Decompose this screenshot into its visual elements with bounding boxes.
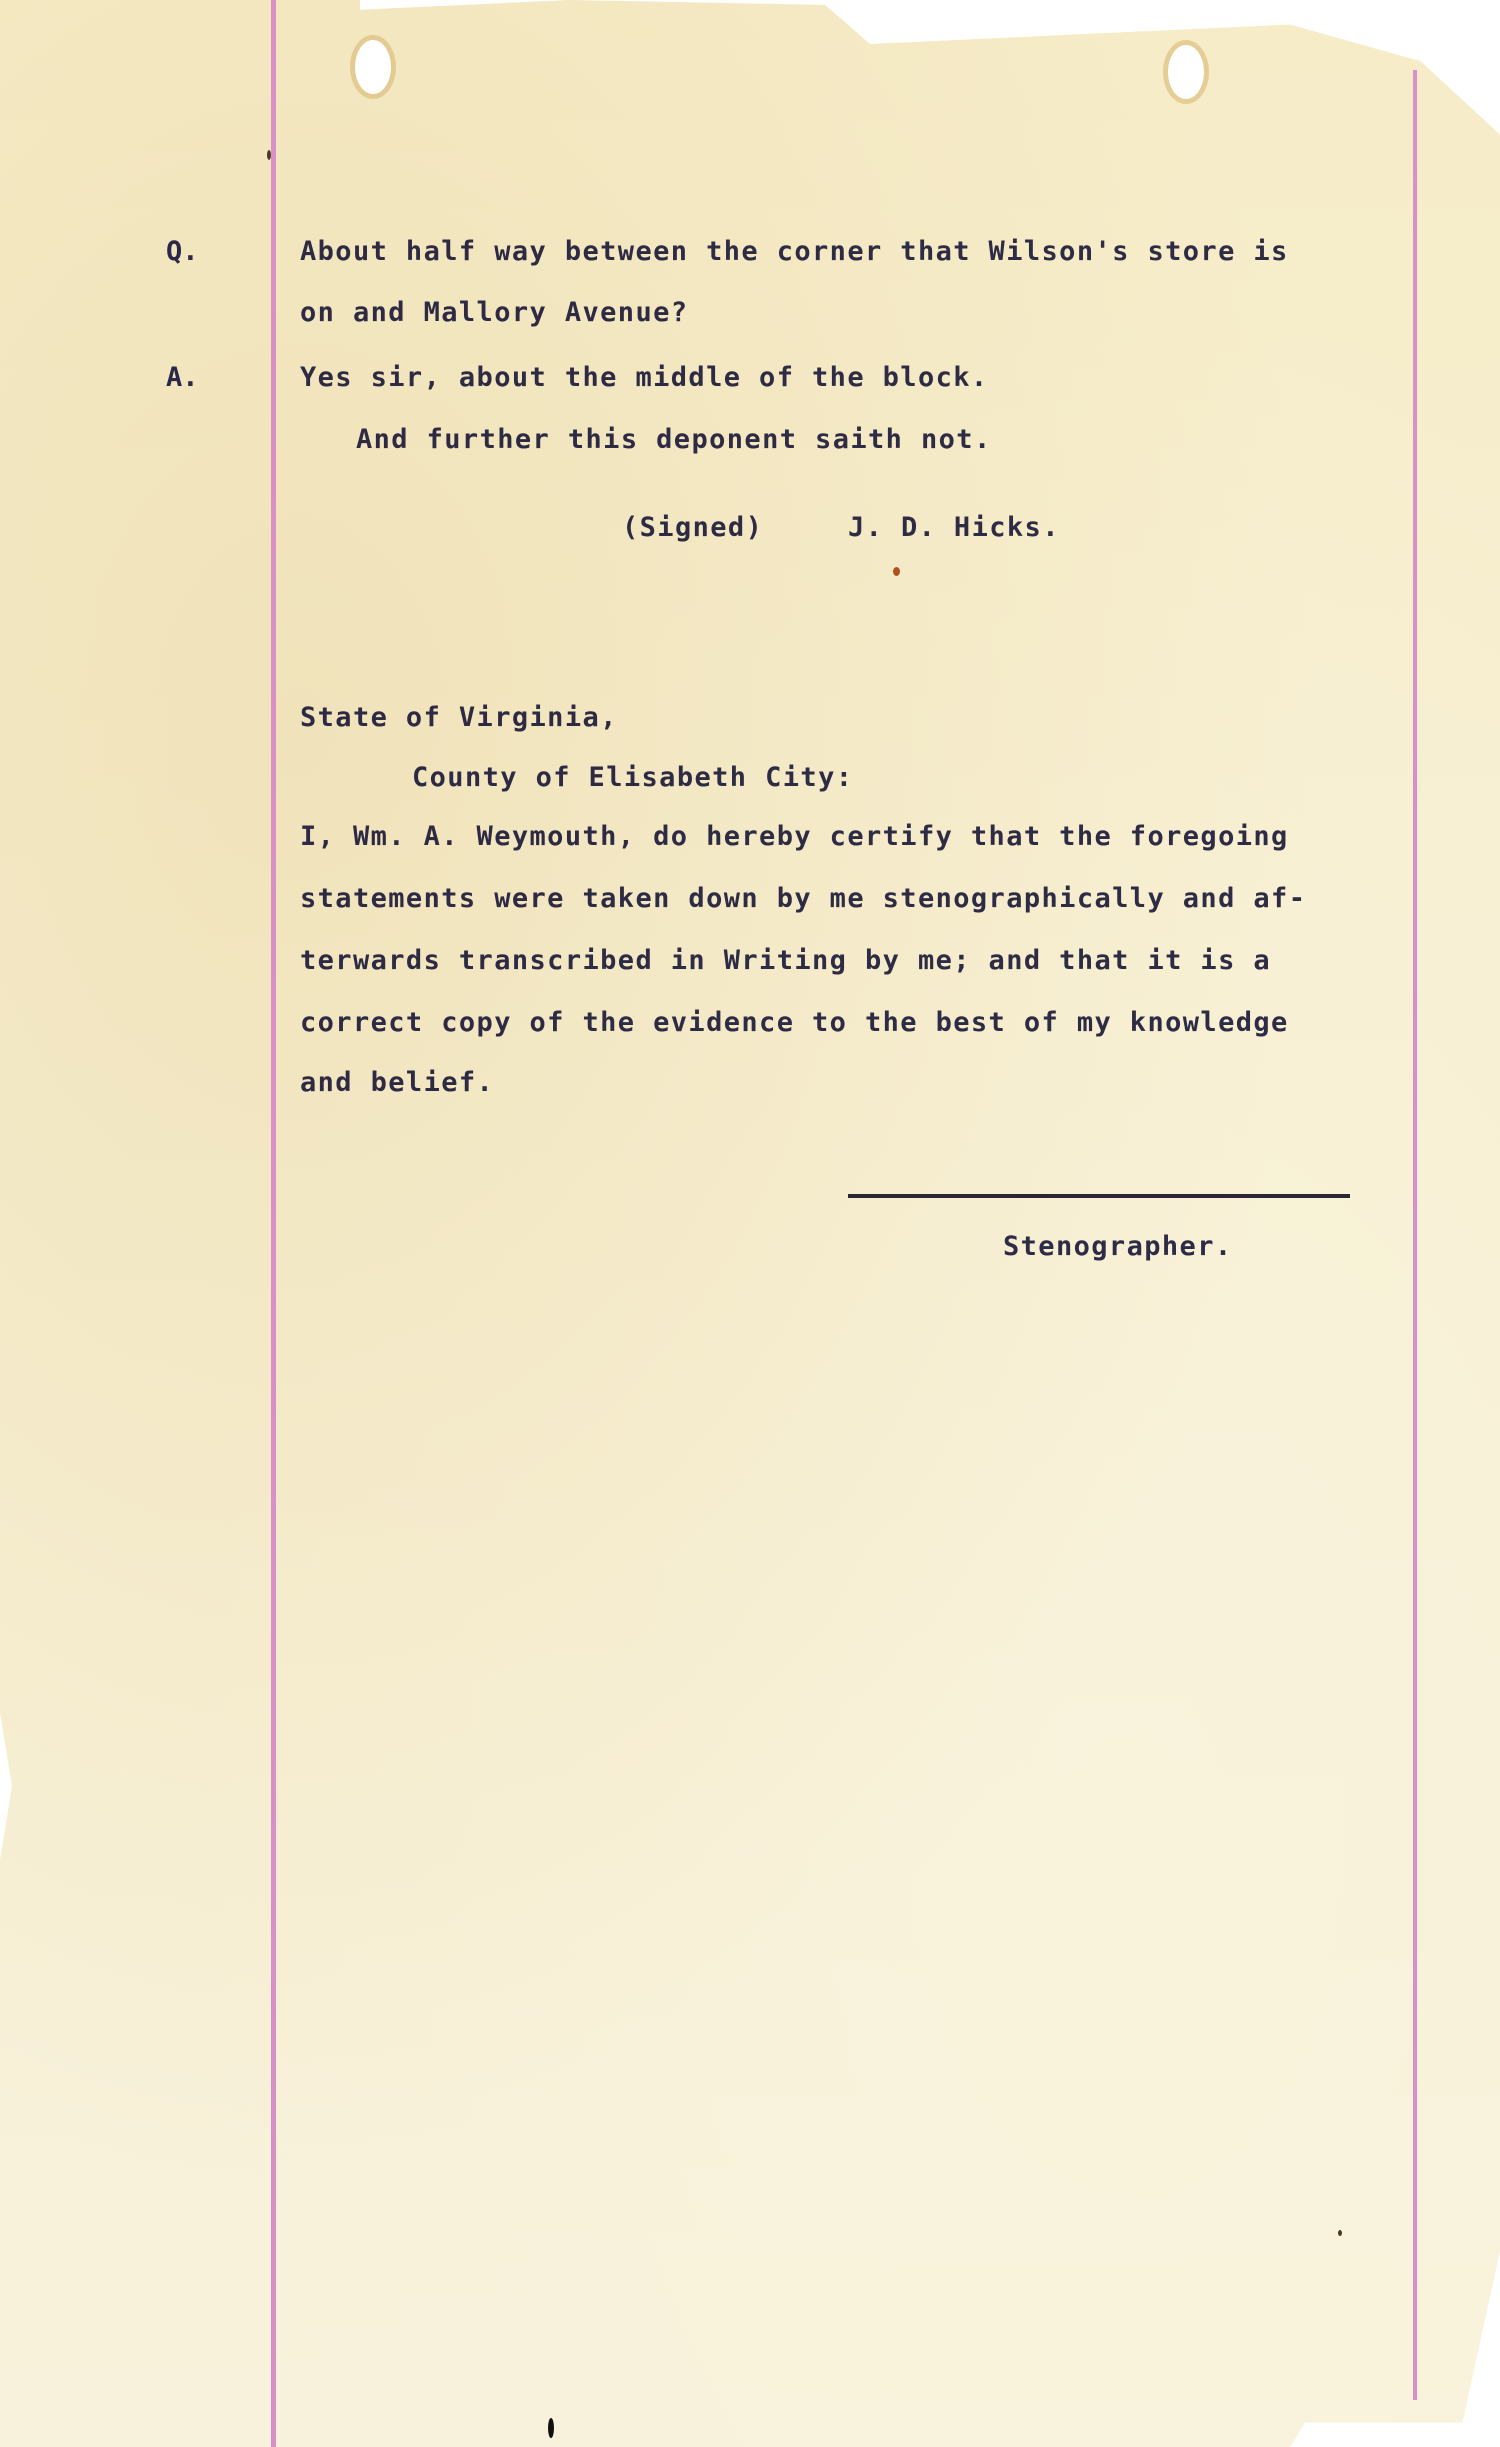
certification-line-2: statements were taken down by me stenogr… — [300, 883, 1306, 915]
answer-label: A. — [166, 362, 199, 393]
punch-hole — [355, 40, 391, 94]
speck — [267, 150, 271, 160]
question-label: Q. — [166, 236, 199, 267]
right-margin-rule — [1413, 70, 1417, 2400]
answer-line-1: Yes sir, about the middle of the block. — [300, 362, 989, 394]
question-line-2: on and Mallory Avenue? — [300, 297, 688, 329]
certification-line-4: correct copy of the evidence to the best… — [300, 1007, 1289, 1039]
document-page: Q. About half way between the corner tha… — [0, 0, 1500, 2447]
speck — [548, 2418, 554, 2438]
deponent-name: J. D. Hicks. — [848, 512, 1060, 544]
certification-line-5: and belief. — [300, 1067, 494, 1099]
speck — [1338, 2230, 1342, 2236]
closing-statement: And further this deponent saith not. — [356, 424, 992, 456]
signature-rule — [848, 1194, 1350, 1198]
state-line: State of Virginia, — [300, 702, 618, 734]
stenographer-label: Stenographer. — [1003, 1231, 1233, 1263]
question-line-1: About half way between the corner that W… — [300, 236, 1289, 268]
signed-label: (Signed) — [622, 512, 763, 544]
left-margin-rule — [271, 0, 276, 2447]
certification-line-3: terwards transcribed in Writing by me; a… — [300, 945, 1271, 977]
certification-line-1: I, Wm. A. Weymouth, do hereby certify th… — [300, 821, 1289, 853]
ink-blot — [893, 567, 900, 576]
punch-hole — [1168, 45, 1204, 99]
county-line: County of Elisabeth City: — [412, 762, 853, 794]
